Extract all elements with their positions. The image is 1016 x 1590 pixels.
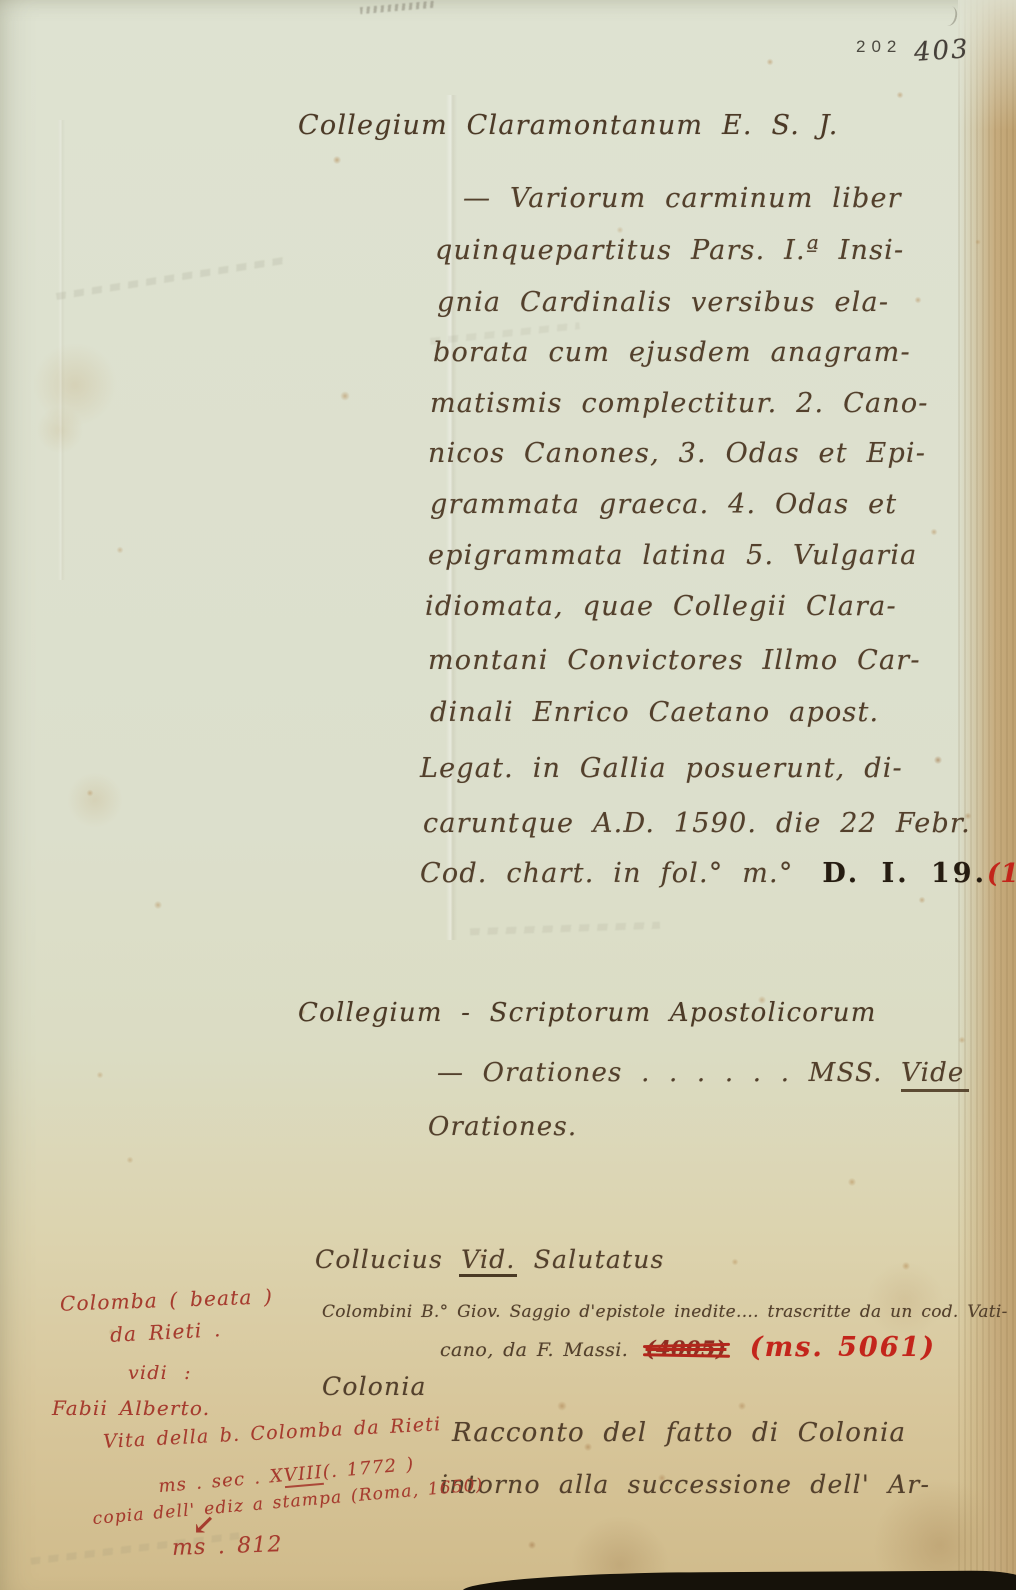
paper-crease-left <box>58 120 65 580</box>
colombini-line1: Colombini B.° Giov. Saggio d'epistole in… <box>322 1302 1008 1322</box>
entry-text-line: borata cum ejusdem anagram- <box>433 337 911 368</box>
entry-heading-colonia: Colonia <box>322 1372 427 1401</box>
red-note-fabii-alberto: Fabii Alberto. <box>52 1396 210 1420</box>
red-note-vidi: vidi : <box>128 1362 192 1384</box>
vide-underlined: Vide <box>901 1058 968 1092</box>
entry-text-line: nicos Canones, 3. Odas et Epi- <box>428 438 926 469</box>
stamped-page-number: 202 <box>856 37 902 57</box>
entry-heading-claramontanum: Collegium Claramontanum E. S. J. <box>298 110 839 141</box>
entry-text-line: gnia Cardinalis versibus ela- <box>437 287 889 318</box>
entry-text-line: quinquepartitus Pars. I.ª Insi- <box>435 235 904 266</box>
ink-bleedthrough <box>470 922 660 936</box>
collucius-pre: Collucius <box>315 1245 461 1274</box>
entry-text-line: dinali Enrico Caetano apost. <box>430 697 879 728</box>
entry-text-line: montani Convictores Illmo Car- <box>428 645 921 676</box>
entry-text-line: Orationes. <box>428 1112 577 1142</box>
orationes-reference: — Orationes . . . . . . MSS. <box>437 1058 901 1088</box>
red-note-da-rieti: da Rieti . <box>109 1317 222 1347</box>
vid-underlined: Vid. <box>461 1245 515 1274</box>
entry-text-line: — Orationes . . . . . . MSS. Vide <box>437 1058 969 1088</box>
ink-bleedthrough <box>56 257 284 300</box>
red-note-colomba: Colomba ( beata ) <box>60 1284 274 1315</box>
ms-sec-pre: ms . sec . X <box>158 1465 285 1497</box>
collucius-post: Salutatus <box>516 1245 665 1274</box>
struck-old-number: (4005) <box>646 1336 727 1361</box>
handwritten-folio-number: 403 <box>913 34 971 68</box>
entry-text-line: grammata graeca. 4. Odas et <box>430 489 897 520</box>
red-note-ms-812: ms . 812 <box>172 1532 284 1561</box>
faint-ink-mark <box>940 4 959 27</box>
colonia-line1: Racconto del fatto di Colonia <box>452 1418 906 1448</box>
colombini-line2: cano, da F. Massi. (4005) (ms. 5061) <box>440 1332 936 1363</box>
entry-heading-scriptorum: Collegium - Scriptorum Apostolicorum <box>298 998 877 1028</box>
entry-colophon-line: Cod. chart. in fol.° m.° D. I. 19.(1416) <box>420 858 1016 889</box>
entry-text-line: epigrammata latina 5. Vulgaria <box>428 540 917 571</box>
entry-text-line: matismis complectitur. 2. Cano- <box>430 388 929 419</box>
book-page-edge-right <box>958 0 1016 1590</box>
entry-text-line: — Variorum carminum liber <box>463 183 902 214</box>
colombini-line2-text: cano, da F. Massi. <box>440 1339 628 1361</box>
ms-sec-post: (. 1772 ) <box>322 1454 415 1483</box>
entry-heading-collucius: Collucius Vid. Salutatus <box>315 1245 665 1274</box>
colonia-line2: intorno alla successione dell' Ar- <box>440 1470 930 1499</box>
old-number-red: (1416) <box>987 859 1016 889</box>
book-edge-bottom <box>462 1571 1016 1590</box>
entry-text-line: caruntque A.D. 1590. die 22 Febr. <box>423 808 971 839</box>
colophon-text: Cod. chart. in fol.° m.° <box>420 858 794 889</box>
pencil-scribble <box>360 1 434 14</box>
ms-sec-numeral-underlined: VIII <box>283 1462 324 1488</box>
manuscript-catalog-page: 202 403 Collegium Claramontanum E. S. J.… <box>0 0 1016 1590</box>
entry-text-line: Legat. in Gallia posuerunt, di- <box>420 753 903 784</box>
shelfmark: D. I. 19. <box>822 858 987 889</box>
entry-text-line: idiomata, quae Collegii Clara- <box>425 591 897 622</box>
ms-number-red: (ms. 5061) <box>750 1332 936 1363</box>
